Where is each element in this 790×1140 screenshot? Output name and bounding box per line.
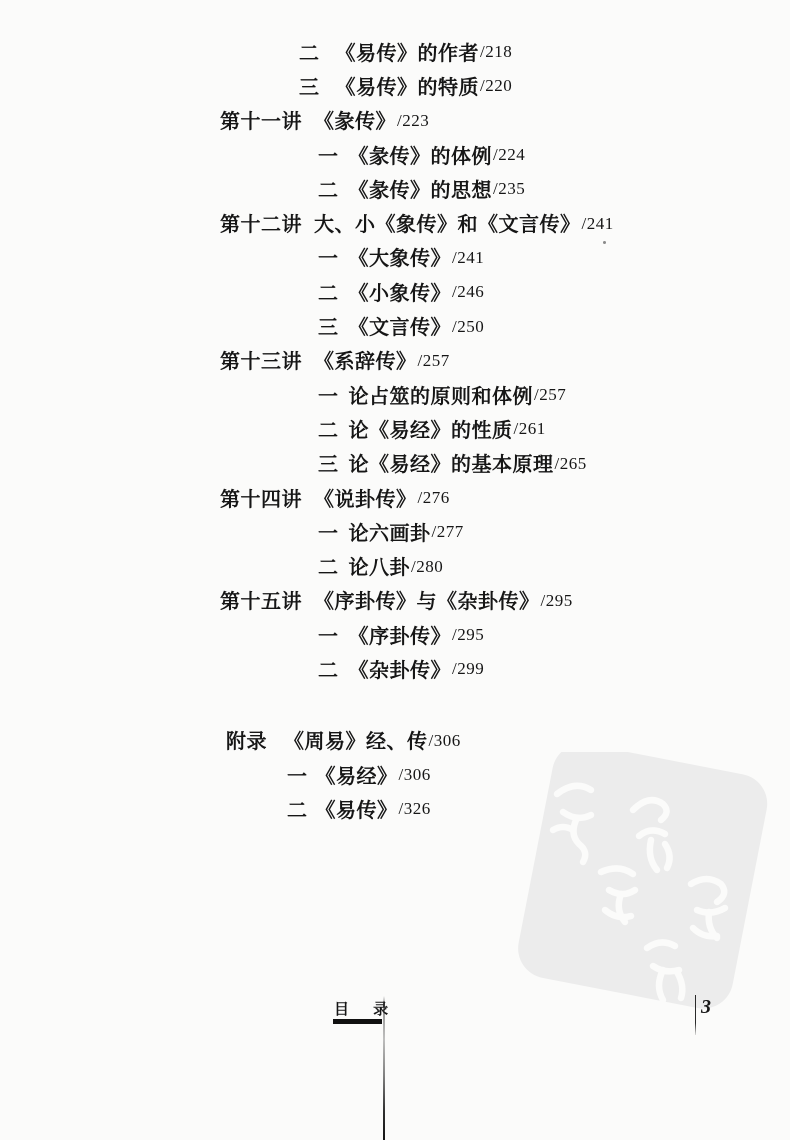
toc-entry-number: 一 [318,380,339,409]
toc-entry-title: 《序卦传》与《杂卦传》 [314,585,540,614]
toc-entry-page: /265 [554,454,587,474]
toc-entry-page: /246 [451,282,484,302]
toc-entry: 二论《易经》的性质/261 [0,411,790,445]
toc-entry-number: 二 [287,794,308,823]
toc-entry-number: 二 [318,277,339,306]
toc-entry-title: 《小象传》 [349,277,452,306]
toc-entry-page: /306 [398,765,431,785]
toc-entry-title: 《杂卦传》 [349,654,452,683]
toc-entry: 一《序卦传》/295 [0,617,790,651]
toc-entry-number: 二 [318,654,339,683]
toc-entry: 二《小象传》/246 [0,274,790,308]
toc-entry: 二《杂卦传》/299 [0,651,790,685]
toc-entry-title: 《易传》 [316,794,398,823]
toc-entry-number: 三 [299,71,320,100]
toc-entry-page: /280 [410,557,443,577]
toc-entry-page: /306 [428,731,461,751]
toc-entry-title: 《彖传》的思想 [349,174,493,203]
toc-entry-label: 第十一讲 [220,105,302,134]
toc-entry-page: /326 [398,799,431,819]
toc-entry-title: 论八卦 [349,551,411,580]
toc-entry: 第十三讲《系辞传》/257 [0,343,790,377]
toc-entry-title: 论《易经》的基本原理 [349,448,554,477]
toc-entry-title: 论六画卦 [349,517,431,546]
toc-entry-page: /277 [431,522,464,542]
toc-entry: 三《文言传》/250 [0,308,790,342]
toc-entry: 一论六画卦/277 [0,514,790,548]
toc-entry: 三《易传》的特质/220 [0,68,790,102]
toc-entry: 一《彖传》的体例/224 [0,137,790,171]
toc-entry-label: 第十二讲 [220,208,302,237]
toc-entry-title: 《周易》经、传 [284,725,428,754]
toc-entry: 二论八卦/280 [0,548,790,582]
toc-entry-page: /299 [451,659,484,679]
toc-entry-page: /257 [417,351,450,371]
toc-entry-number: 三 [318,448,339,477]
page-number-rule [695,995,696,1035]
toc-entry-title: 《易传》的特质 [336,71,480,100]
toc-entry-label: 第十五讲 [220,585,302,614]
toc-entry-title: 《易经》 [316,760,398,789]
toc-entry-title: 论占筮的原则和体例 [349,380,534,409]
toc-entry-title: 《文言传》 [349,311,452,340]
scan-speck [603,241,606,244]
toc-entry-label: 第十四讲 [220,483,302,512]
page-number: 3 [701,996,711,1019]
toc-entry-title: 《大象传》 [349,242,452,271]
toc-entry: 三论《易经》的基本原理/265 [0,446,790,480]
toc-entry-page: /250 [451,317,484,337]
toc-entry-number: 一 [318,517,339,546]
toc-entry-page: /257 [533,385,566,405]
toc-entry: 第十四讲《说卦传》/276 [0,480,790,514]
toc-entry-title: 《易传》的作者 [336,37,480,66]
toc-entry-number: 二 [318,414,339,443]
toc-entry: 一《大象传》/241 [0,240,790,274]
toc-entry-title: 论《易经》的性质 [349,414,513,443]
toc-entry-page: /241 [451,248,484,268]
toc-entry: 二《彖传》的思想/235 [0,171,790,205]
toc-entry-number: 二 [318,174,339,203]
toc-entry-title: 《彖传》的体例 [349,140,493,169]
page-fold-line [383,996,385,1140]
toc-entry-page: /295 [451,625,484,645]
toc-entry: 一论占筮的原则和体例/257 [0,377,790,411]
toc-entry-page: /276 [417,488,450,508]
toc-entry-page: /295 [540,591,573,611]
toc-entry: 第十五讲《序卦传》与《杂卦传》/295 [0,583,790,617]
toc-entry-page: /261 [513,419,546,439]
toc-list: 二《易传》的作者/218三《易传》的特质/220第十一讲《彖传》/223一《彖传… [0,34,790,826]
toc-entry-number: 一 [318,140,339,169]
toc-entry-title: 《说卦传》 [314,483,417,512]
toc-entry-title: 大、小《象传》和《文言传》 [314,208,581,237]
footer-underline [333,1019,382,1024]
toc-entry-number: 二 [299,37,320,66]
toc-entry-title: 《序卦传》 [349,620,452,649]
toc-entry-page: /220 [479,76,512,96]
toc-entry-page: /241 [581,214,614,234]
toc-entry-number: 三 [318,311,339,340]
toc-entry-number: 一 [318,242,339,271]
toc-entry-title: 《系辞传》 [314,345,417,374]
toc-entry-number: 一 [318,620,339,649]
footer-section-title: 目 录 [334,998,398,1019]
toc-entry-page: /218 [479,42,512,62]
toc-entry: 二《易传》的作者/218 [0,34,790,68]
toc-entry-page: /224 [492,145,525,165]
toc-entry: 第十一讲《彖传》/223 [0,103,790,137]
toc-entry-label: 附录 [226,725,267,754]
toc-entry-page: /223 [396,111,429,131]
toc-entry-page: /235 [492,179,525,199]
toc-entry-number: 二 [318,551,339,580]
scanned-toc-page: 二《易传》的作者/218三《易传》的特质/220第十一讲《彖传》/223一《彖传… [0,0,790,1140]
toc-entry-label: 第十三讲 [220,345,302,374]
toc-entry-title: 《彖传》 [314,105,396,134]
toc-entry: 第十二讲大、小《象传》和《文言传》/241 [0,205,790,239]
library-seal-watermark [505,752,790,1030]
toc-entry-number: 一 [287,760,308,789]
